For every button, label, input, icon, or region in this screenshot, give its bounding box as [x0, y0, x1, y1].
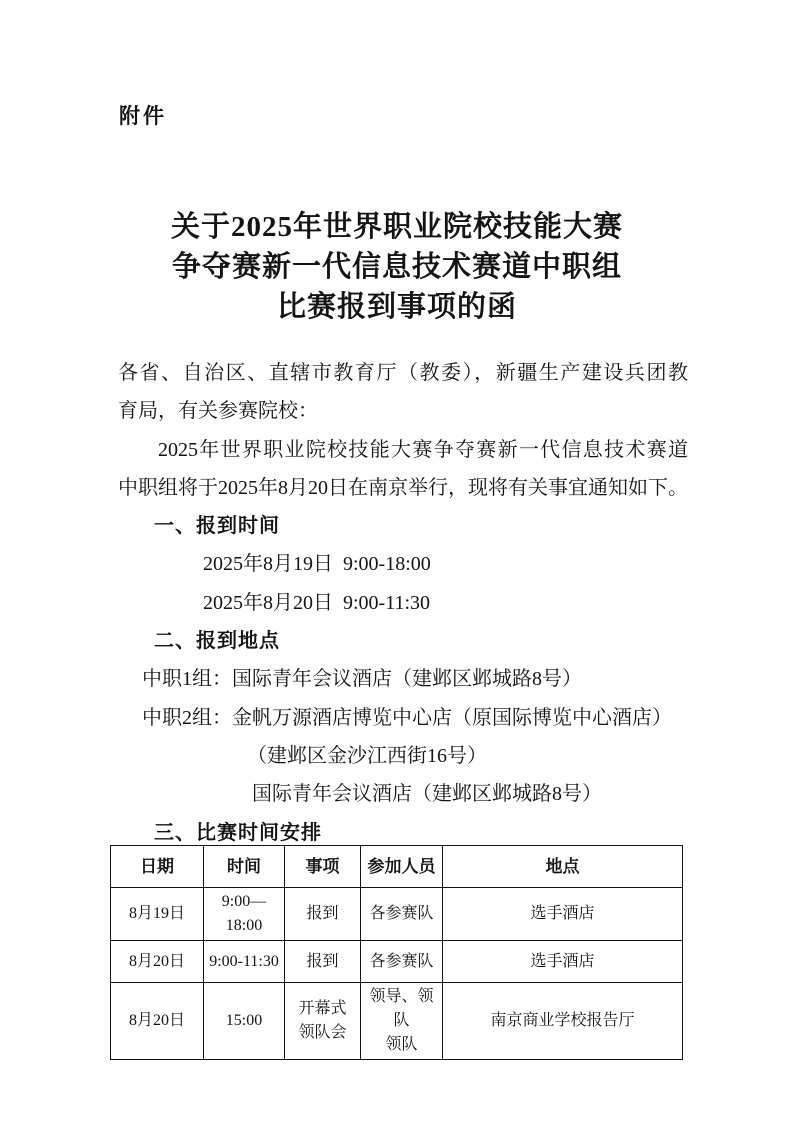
schedule-header-row: 日期 时间 事项 参加人员 地点: [111, 846, 683, 888]
location-group-1: 中职1组：国际青年会议酒店（建邺区邺城路8号）: [118, 660, 688, 698]
section-heading-registration-time: 一、报到时间: [118, 507, 688, 545]
header-cell-event: 事项: [285, 846, 361, 888]
salutation-line-2: 育局，有关参赛院校：: [118, 392, 688, 430]
title-line-1: 关于2025年世界职业院校技能大赛: [0, 207, 794, 247]
cell-time: 9:00—18:00: [204, 888, 285, 941]
table-row: 8月20日 9:00-11:30 报到 各参赛队 选手酒店: [111, 941, 683, 983]
location-group-2-alt-hotel: 国际青年会议酒店（建邺区邺城路8号）: [118, 775, 688, 813]
cell-date: 8月20日: [111, 983, 204, 1060]
cell-place: 选手酒店: [443, 888, 683, 941]
table-row: 8月19日 9:00—18:00 报到 各参赛队 选手酒店: [111, 888, 683, 941]
section-heading-registration-place: 二、报到地点: [118, 622, 688, 660]
location-group-2: 中职2组：金帆万源酒店博览中心店（原国际博览中心酒店）: [118, 699, 688, 737]
header-cell-place: 地点: [443, 846, 683, 888]
title-line-2: 争夺赛新一代信息技术赛道中职组: [0, 247, 794, 287]
cell-date: 8月20日: [111, 941, 204, 983]
schedule-table: 日期 时间 事项 参加人员 地点 8月19日 9:00—18:00 报到 各参赛…: [110, 845, 683, 1060]
cell-participants: 各参赛队: [361, 888, 443, 941]
cell-place: 南京商业学校报告厅: [443, 983, 683, 1060]
cell-event: 报到: [285, 941, 361, 983]
cell-participants: 领导、领队 领队: [361, 983, 443, 1060]
cell-participants: 各参赛队: [361, 941, 443, 983]
header-cell-date: 日期: [111, 846, 204, 888]
cell-event: 报到: [285, 888, 361, 941]
intro-line-1: 2025年世界职业院校技能大赛争夺赛新一代信息技术赛道: [118, 431, 688, 469]
location-group-2-address: （建邺区金沙江西街16号）: [118, 737, 688, 775]
cell-time: 15:00: [204, 983, 285, 1060]
document-title: 关于2025年世界职业院校技能大赛 争夺赛新一代信息技术赛道中职组 比赛报到事项…: [0, 207, 794, 327]
header-cell-participants: 参加人员: [361, 846, 443, 888]
cell-time: 9:00-11:30: [204, 941, 285, 983]
attachment-label: 附件: [119, 100, 167, 130]
intro-line-2: 中职组将于2025年8月20日在南京举行，现将有关事宜通知如下。: [118, 469, 688, 507]
document-page: 附件 关于2025年世界职业院校技能大赛 争夺赛新一代信息技术赛道中职组 比赛报…: [0, 0, 794, 1123]
registration-time-2: 2025年8月20日 9:00-11:30: [118, 584, 688, 622]
table-row: 8月20日 15:00 开幕式 领队会 领导、领队 领队 南京商业学校报告厅: [111, 983, 683, 1060]
cell-event: 开幕式 领队会: [285, 983, 361, 1060]
cell-place: 选手酒店: [443, 941, 683, 983]
document-body: 各省、自治区、直辖市教育厅（教委），新疆生产建设兵团教 育局，有关参赛院校： 2…: [118, 354, 688, 852]
header-cell-time: 时间: [204, 846, 285, 888]
cell-date: 8月19日: [111, 888, 204, 941]
registration-time-1: 2025年8月19日 9:00-18:00: [118, 545, 688, 583]
salutation-line-1: 各省、自治区、直辖市教育厅（教委），新疆生产建设兵团教: [118, 354, 688, 392]
title-line-3: 比赛报到事项的函: [0, 287, 794, 327]
